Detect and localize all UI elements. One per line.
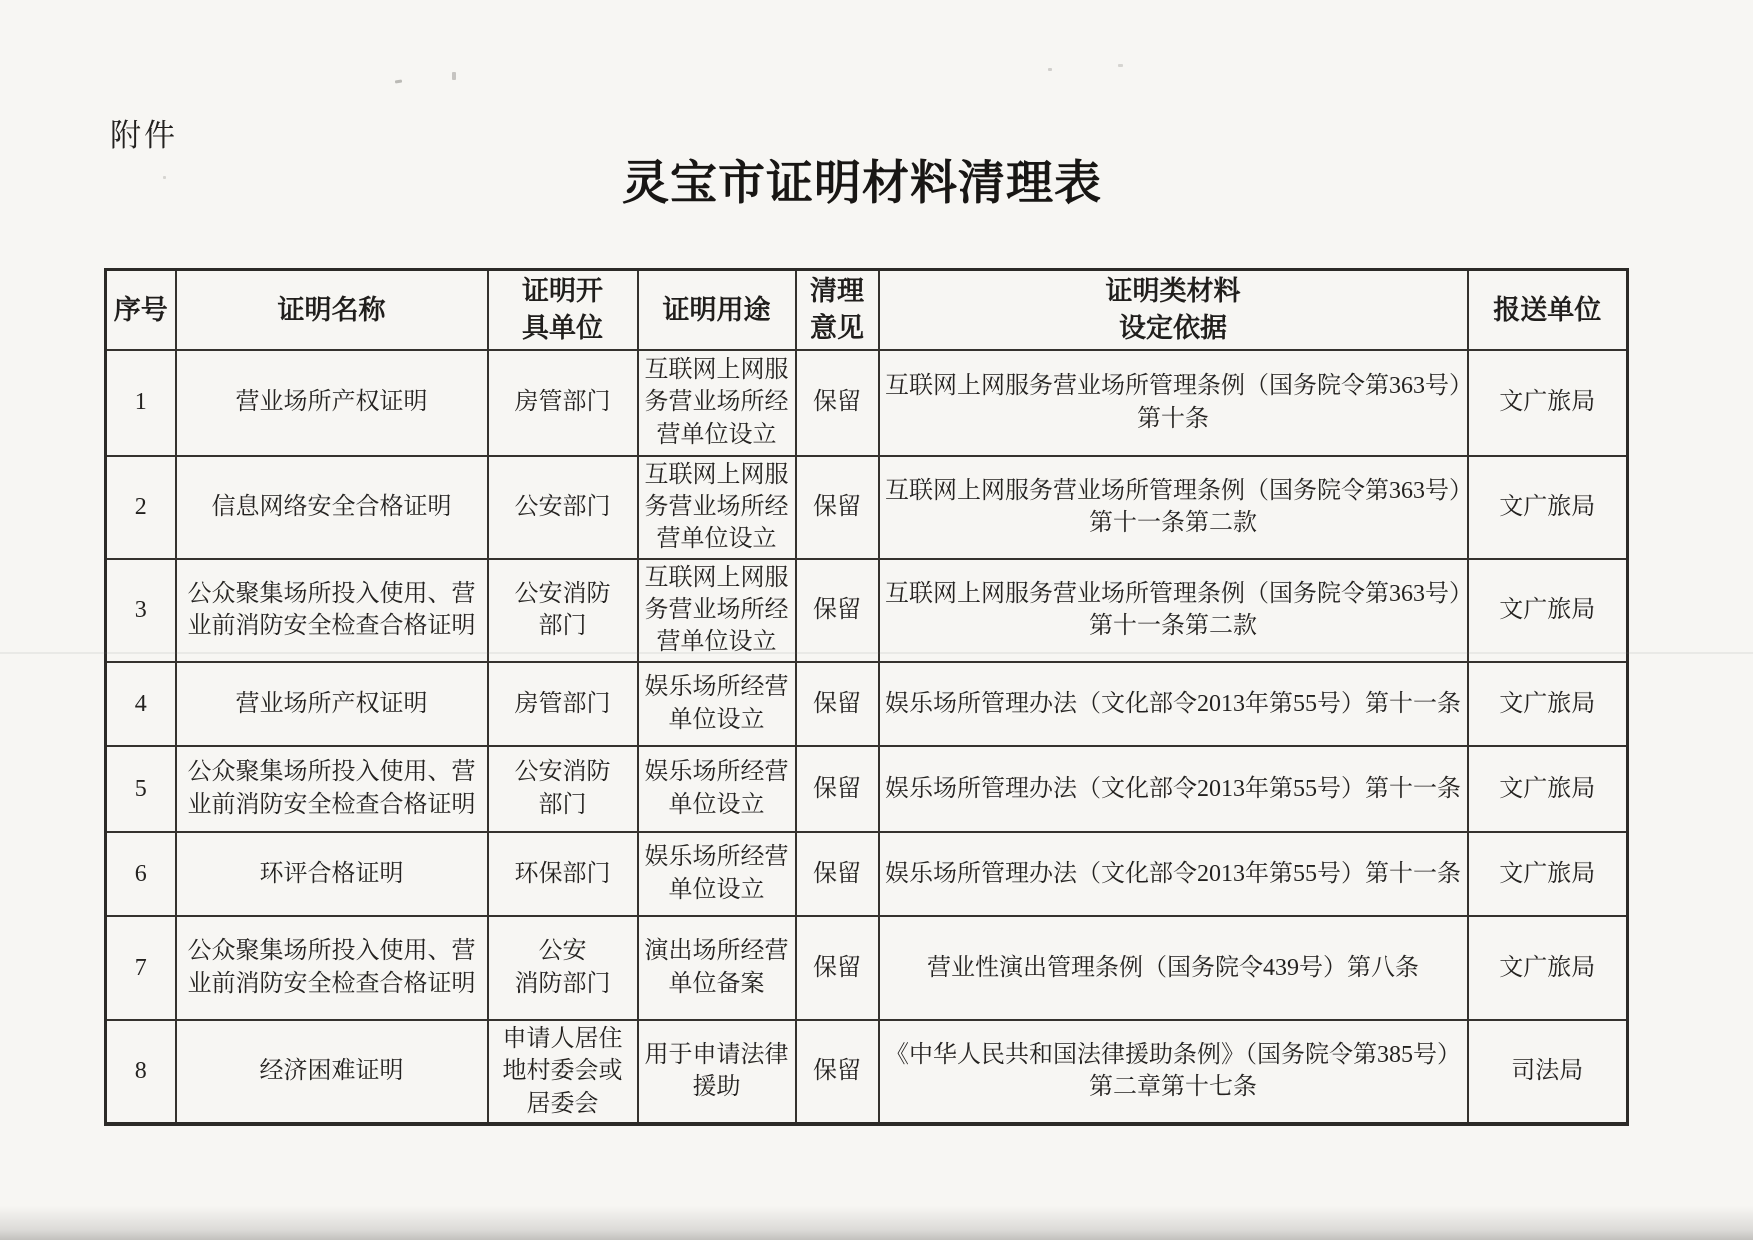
cell-basis: 营业性演出管理条例（国务院令439号）第八条 <box>879 916 1468 1020</box>
cell-opinion: 保留 <box>796 832 879 916</box>
cell-purpose: 互联网上网服务营业场所经营单位设立 <box>638 559 796 662</box>
header-opinion: 清理 意见 <box>796 270 879 350</box>
cell-issuer: 申请人居住地村委会或居委会 <box>488 1020 638 1124</box>
header-issuer: 证明开 具单位 <box>488 270 638 350</box>
cell-basis: 娱乐场所管理办法（文化部令2013年第55号）第十一条 <box>879 832 1468 916</box>
cell-issuer: 房管部门 <box>488 350 638 456</box>
scan-artifact-line <box>0 652 1753 654</box>
scan-speck <box>395 80 402 84</box>
cell-name: 公众聚集场所投入使用、营业前消防安全检查合格证明 <box>176 916 488 1020</box>
scan-bottom-shadow <box>0 1206 1753 1240</box>
cell-basis: 互联网上网服务营业场所管理条例（国务院令第363号）第十一条第二款 <box>879 456 1468 559</box>
table-row: 4 营业场所产权证明 房管部门 娱乐场所经营单位设立 保留 娱乐场所管理办法（文… <box>106 662 1628 746</box>
table-row: 5 公众聚集场所投入使用、营业前消防安全检查合格证明 公安消防 部门 娱乐场所经… <box>106 746 1628 832</box>
cell-name: 信息网络安全合格证明 <box>176 456 488 559</box>
table-row: 8 经济困难证明 申请人居住地村委会或居委会 用于申请法律援助 保留 《中华人民… <box>106 1020 1628 1124</box>
cell-unit: 文广旅局 <box>1468 559 1628 662</box>
header-purpose: 证明用途 <box>638 270 796 350</box>
table-row: 7 公众聚集场所投入使用、营业前消防安全检查合格证明 公安 消防部门 演出场所经… <box>106 916 1628 1020</box>
cell-no: 4 <box>106 662 176 746</box>
cell-purpose: 互联网上网服务营业场所经营单位设立 <box>638 350 796 456</box>
cell-basis: 娱乐场所管理办法（文化部令2013年第55号）第十一条 <box>879 746 1468 832</box>
scan-speck <box>163 176 166 179</box>
header-basis: 证明类材料 设定依据 <box>879 270 1468 350</box>
attachment-label: 附件 <box>110 110 178 155</box>
scan-speck <box>452 72 456 80</box>
table-row: 6 环评合格证明 环保部门 娱乐场所经营单位设立 保留 娱乐场所管理办法（文化部… <box>106 832 1628 916</box>
cell-opinion: 保留 <box>796 456 879 559</box>
scan-speck <box>1048 68 1052 71</box>
cell-basis: 互联网上网服务营业场所管理条例（国务院令第363号）第十一条第二款 <box>879 559 1468 662</box>
cell-name: 环评合格证明 <box>176 832 488 916</box>
cell-purpose: 互联网上网服务营业场所经营单位设立 <box>638 456 796 559</box>
cell-opinion: 保留 <box>796 746 879 832</box>
cell-purpose: 用于申请法律援助 <box>638 1020 796 1124</box>
page-title: 灵宝市证明材料清理表 <box>622 146 1102 213</box>
table-row: 2 信息网络安全合格证明 公安部门 互联网上网服务营业场所经营单位设立 保留 互… <box>106 456 1628 559</box>
cell-no: 8 <box>106 1020 176 1124</box>
cell-opinion: 保留 <box>796 350 879 456</box>
cell-issuer: 公安 消防部门 <box>488 916 638 1020</box>
cell-name: 经济困难证明 <box>176 1020 488 1124</box>
cell-unit: 文广旅局 <box>1468 456 1628 559</box>
cell-unit: 文广旅局 <box>1468 662 1628 746</box>
header-name: 证明名称 <box>176 270 488 350</box>
cell-name: 营业场所产权证明 <box>176 662 488 746</box>
header-no: 序号 <box>106 270 176 350</box>
cell-opinion: 保留 <box>796 1020 879 1124</box>
table-header-row: 序号 证明名称 证明开 具单位 证明用途 清理 意见 证明类材料 设定依据 报送… <box>106 270 1628 350</box>
cell-opinion: 保留 <box>796 916 879 1020</box>
scan-speck <box>1118 64 1123 67</box>
header-unit: 报送单位 <box>1468 270 1628 350</box>
cell-issuer: 公安部门 <box>488 456 638 559</box>
scanned-document-page: 附件 灵宝市证明材料清理表 序号 证明名称 证明开 具单位 证明用途 清理 意见… <box>0 0 1753 1240</box>
cell-purpose: 娱乐场所经营单位设立 <box>638 832 796 916</box>
cell-no: 6 <box>106 832 176 916</box>
cell-purpose: 演出场所经营单位备案 <box>638 916 796 1020</box>
cell-purpose: 娱乐场所经营单位设立 <box>638 746 796 832</box>
cell-issuer: 环保部门 <box>488 832 638 916</box>
cell-name: 营业场所产权证明 <box>176 350 488 456</box>
cell-no: 1 <box>106 350 176 456</box>
cell-name: 公众聚集场所投入使用、营业前消防安全检查合格证明 <box>176 559 488 662</box>
cell-basis: 娱乐场所管理办法（文化部令2013年第55号）第十一条 <box>879 662 1468 746</box>
cell-basis: 互联网上网服务营业场所管理条例（国务院令第363号）第十条 <box>879 350 1468 456</box>
cell-opinion: 保留 <box>796 559 879 662</box>
table-row: 1 营业场所产权证明 房管部门 互联网上网服务营业场所经营单位设立 保留 互联网… <box>106 350 1628 456</box>
cell-no: 5 <box>106 746 176 832</box>
cell-issuer: 公安消防 部门 <box>488 746 638 832</box>
cell-no: 3 <box>106 559 176 662</box>
table-row: 3 公众聚集场所投入使用、营业前消防安全检查合格证明 公安消防 部门 互联网上网… <box>106 559 1628 662</box>
cell-unit: 文广旅局 <box>1468 350 1628 456</box>
cell-unit: 司法局 <box>1468 1020 1628 1124</box>
cell-issuer: 公安消防 部门 <box>488 559 638 662</box>
cell-purpose: 娱乐场所经营单位设立 <box>638 662 796 746</box>
cell-issuer: 房管部门 <box>488 662 638 746</box>
cell-no: 7 <box>106 916 176 1020</box>
cell-unit: 文广旅局 <box>1468 832 1628 916</box>
cell-unit: 文广旅局 <box>1468 916 1628 1020</box>
cell-basis: 《中华人民共和国法律援助条例》（国务院令第385号）第二章第十七条 <box>879 1020 1468 1124</box>
cell-name: 公众聚集场所投入使用、营业前消防安全检查合格证明 <box>176 746 488 832</box>
cell-unit: 文广旅局 <box>1468 746 1628 832</box>
cell-no: 2 <box>106 456 176 559</box>
cell-opinion: 保留 <box>796 662 879 746</box>
clearance-table: 序号 证明名称 证明开 具单位 证明用途 清理 意见 证明类材料 设定依据 报送… <box>104 268 1629 1126</box>
